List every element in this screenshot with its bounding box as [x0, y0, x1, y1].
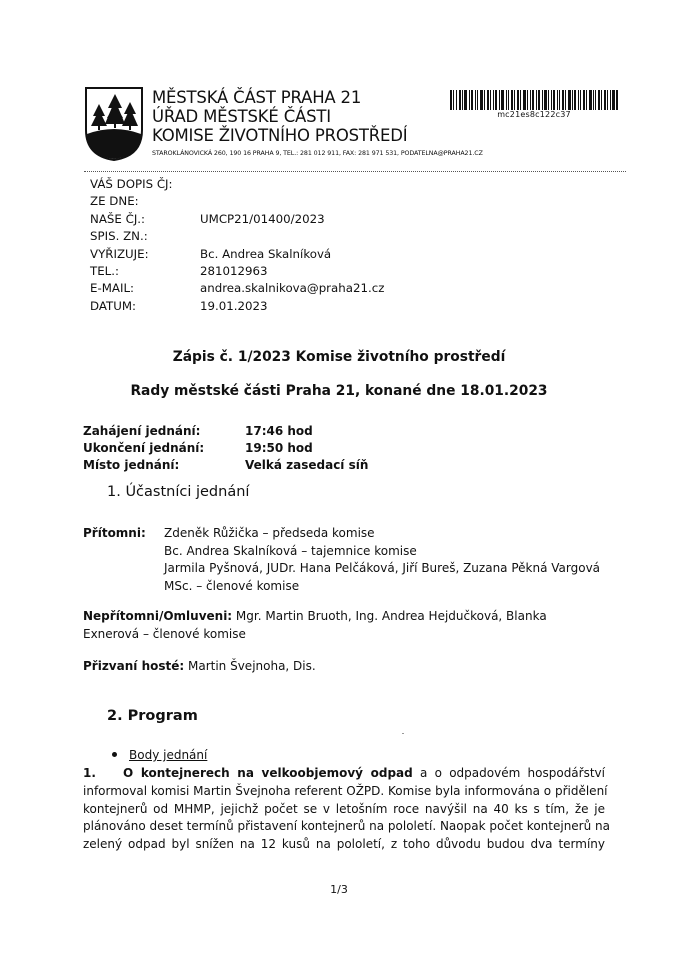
meta-value: 19.01.2023 — [200, 298, 268, 315]
meta-label: TEL.: — [90, 263, 200, 280]
meta-value: UMCP21/01400/2023 — [200, 211, 325, 228]
meta-label: VÁŠ DOPIS ČJ: — [90, 176, 200, 193]
meeting-value: 17:46 hod — [245, 423, 313, 440]
present-list: Zdeněk Růžička – předseda komise Bc. And… — [164, 525, 630, 595]
meta-value: Bc. Andrea Skalníková — [200, 246, 331, 263]
barcode — [450, 90, 618, 110]
reference-block: VÁŠ DOPIS ČJ: ZE DNE: NAŠE ČJ.:UMCP21/01… — [90, 176, 384, 315]
meeting-label: Místo jednání: — [83, 457, 245, 474]
organization-name: MĚSTSKÁ ČÁST PRAHA 21 ÚŘAD MĚSTSKÉ ČÁSTI… — [152, 88, 407, 145]
agenda-item-line: plánováno deset termínů přistavení konte… — [83, 818, 605, 836]
meta-row-spis-zn: SPIS. ZN.: — [90, 228, 384, 245]
absent-block: Nepřítomni/Omluveni: Mgr. Martin Bruoth,… — [83, 608, 605, 643]
meeting-start: Zahájení jednání:17:46 hod — [83, 423, 368, 440]
present-line: Zdeněk Růžička – předseda komise — [164, 525, 630, 543]
agenda-item-number: 1. — [83, 765, 123, 783]
guests-block: Přizvaní hosté: Martin Švejnoha, Dis. — [83, 659, 316, 673]
guests-text: Martin Švejnoha, Dis. — [184, 659, 316, 673]
present-label: Přítomni: — [83, 525, 146, 543]
meeting-value: Velká zasedací síň — [245, 457, 368, 474]
address-line: STAROKLÁNOVICKÁ 260, 190 16 PRAHA 9, TEL… — [152, 150, 483, 157]
meta-row-tel: TEL.:281012963 — [90, 263, 384, 280]
org-line-2: ÚŘAD MĚSTSKÉ ČÁSTI — [152, 107, 407, 126]
meta-label: SPIS. ZN.: — [90, 228, 200, 245]
agenda-item-line: informoval komisi Martin Švejnoha refere… — [83, 783, 605, 801]
agenda-item-title: O kontejnerech na velkoobjemový odpad — [123, 766, 413, 780]
meta-row-datum: DATUM:19.01.2023 — [90, 298, 384, 315]
page-number: 1/3 — [0, 883, 678, 896]
coat-of-arms-trees-icon — [84, 86, 144, 162]
section-heading-participants: 1. Účastníci jednání — [107, 484, 249, 500]
agenda-item-line: zelený odpad byl snížen na 12 kusů na po… — [83, 836, 605, 854]
present-line: Bc. Andrea Skalníková – tajemnice komise — [164, 543, 630, 561]
meeting-details: Zahájení jednání:17:46 hod Ukončení jedn… — [83, 423, 368, 474]
meeting-value: 19:50 hod — [245, 440, 313, 457]
meta-row-ze-dne: ZE DNE: — [90, 193, 384, 210]
meta-row-vas-dopis: VÁŠ DOPIS ČJ: — [90, 176, 384, 193]
meta-row-vyrizuje: VYŘIZUJE:Bc. Andrea Skalníková — [90, 246, 384, 263]
document-subtitle: Rady městské části Praha 21, konané dne … — [0, 383, 678, 399]
meta-label: E-MAIL: — [90, 280, 200, 297]
bullet-item: Body jednání — [112, 748, 207, 762]
header-divider — [84, 171, 626, 172]
org-line-1: MĚSTSKÁ ČÁST PRAHA 21 — [152, 88, 407, 107]
meta-label: VYŘIZUJE: — [90, 246, 200, 263]
bullet-text: Body jednání — [129, 748, 207, 762]
document-title: Zápis č. 1/2023 Komise životního prostře… — [0, 349, 678, 365]
agenda-item-1: 1.O kontejnerech na velkoobjemový odpad … — [83, 765, 605, 854]
meta-value: andrea.skalnikova@praha21.cz — [200, 280, 384, 297]
meta-label: NAŠE ČJ.: — [90, 211, 200, 228]
agenda-item-line: 1.O kontejnerech na velkoobjemový odpad … — [83, 765, 605, 783]
absent-label: Nepřítomni/Omluveni: — [83, 609, 232, 623]
scan-artifact — [402, 733, 404, 734]
meta-label: DATUM: — [90, 298, 200, 315]
present-line: MSc. – členové komise — [164, 578, 630, 596]
meeting-place: Místo jednání:Velká zasedací síň — [83, 457, 368, 474]
barcode-id: mc21es8c122c37 — [450, 110, 618, 119]
meeting-end: Ukončení jednání:19:50 hod — [83, 440, 368, 457]
bullet-icon — [112, 752, 117, 757]
meta-row-email: E-MAIL:andrea.skalnikova@praha21.cz — [90, 280, 384, 297]
present-line: Jarmila Pyšnová, JUDr. Hana Pelčáková, J… — [164, 560, 630, 578]
org-line-3: KOMISE ŽIVOTNÍHO PROSTŘEDÍ — [152, 126, 407, 145]
agenda-item-line: kontejnerů od MHMP, jejichž počet se v l… — [83, 801, 605, 819]
meta-row-nase-cj: NAŠE ČJ.:UMCP21/01400/2023 — [90, 211, 384, 228]
agenda-item-text: a o odpadovém hospodářství — [413, 766, 605, 780]
section-heading-program: 2. Program — [107, 708, 198, 724]
meta-value: 281012963 — [200, 263, 268, 280]
meeting-label: Ukončení jednání: — [83, 440, 245, 457]
meta-label: ZE DNE: — [90, 193, 200, 210]
meeting-label: Zahájení jednání: — [83, 423, 245, 440]
guests-label: Přizvaní hosté: — [83, 659, 184, 673]
present-block: Přítomni: Zdeněk Růžička – předseda komi… — [83, 525, 613, 597]
